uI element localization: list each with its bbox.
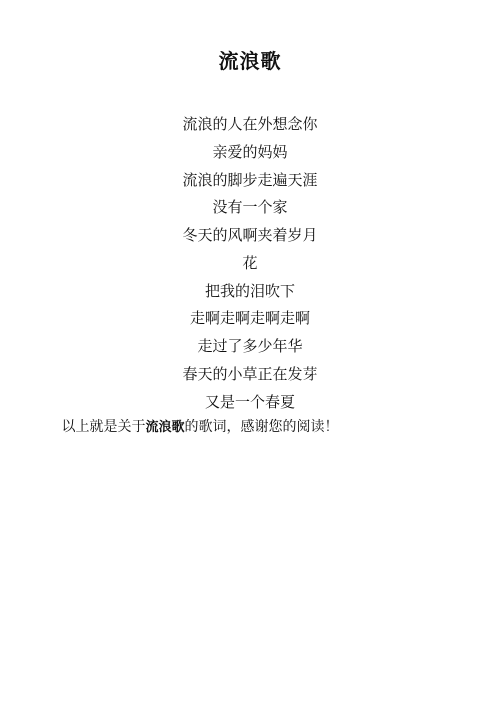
lyric-line: 亲爱的妈妈 (0, 139, 500, 167)
lyric-line: 冬天的风啊夹着岁月 (0, 222, 500, 250)
lyrics-page: 流浪歌 流浪的人在外想念你亲爱的妈妈流浪的脚步走遍天涯没有一个家冬天的风啊夹着岁… (0, 0, 500, 708)
footer-note-suffix: 的歌词，感谢您的阅读！ (185, 418, 339, 434)
lyric-line: 流浪的脚步走遍天涯 (0, 167, 500, 195)
lyric-line: 没有一个家 (0, 194, 500, 222)
lyric-line: 走过了多少年华 (0, 333, 500, 361)
footer-note: 以上就是关于流浪歌的歌词，感谢您的阅读！ (0, 416, 400, 437)
page-title: 流浪歌 (0, 0, 500, 76)
lyric-line: 把我的泪吹下 (0, 278, 500, 306)
lyric-line: 走啊走啊走啊走啊 (0, 305, 500, 333)
lyric-line: 又是一个春夏 (0, 389, 500, 417)
lyric-line: 花 (0, 250, 500, 278)
footer-note-keyword: 流浪歌 (145, 419, 184, 434)
footer-note-prefix: 以上就是关于 (61, 418, 145, 434)
lyric-line: 春天的小草正在发芽 (0, 361, 500, 389)
lyric-line: 流浪的人在外想念你 (0, 111, 500, 139)
lyrics-list: 流浪的人在外想念你亲爱的妈妈流浪的脚步走遍天涯没有一个家冬天的风啊夹着岁月花把我… (0, 111, 500, 416)
